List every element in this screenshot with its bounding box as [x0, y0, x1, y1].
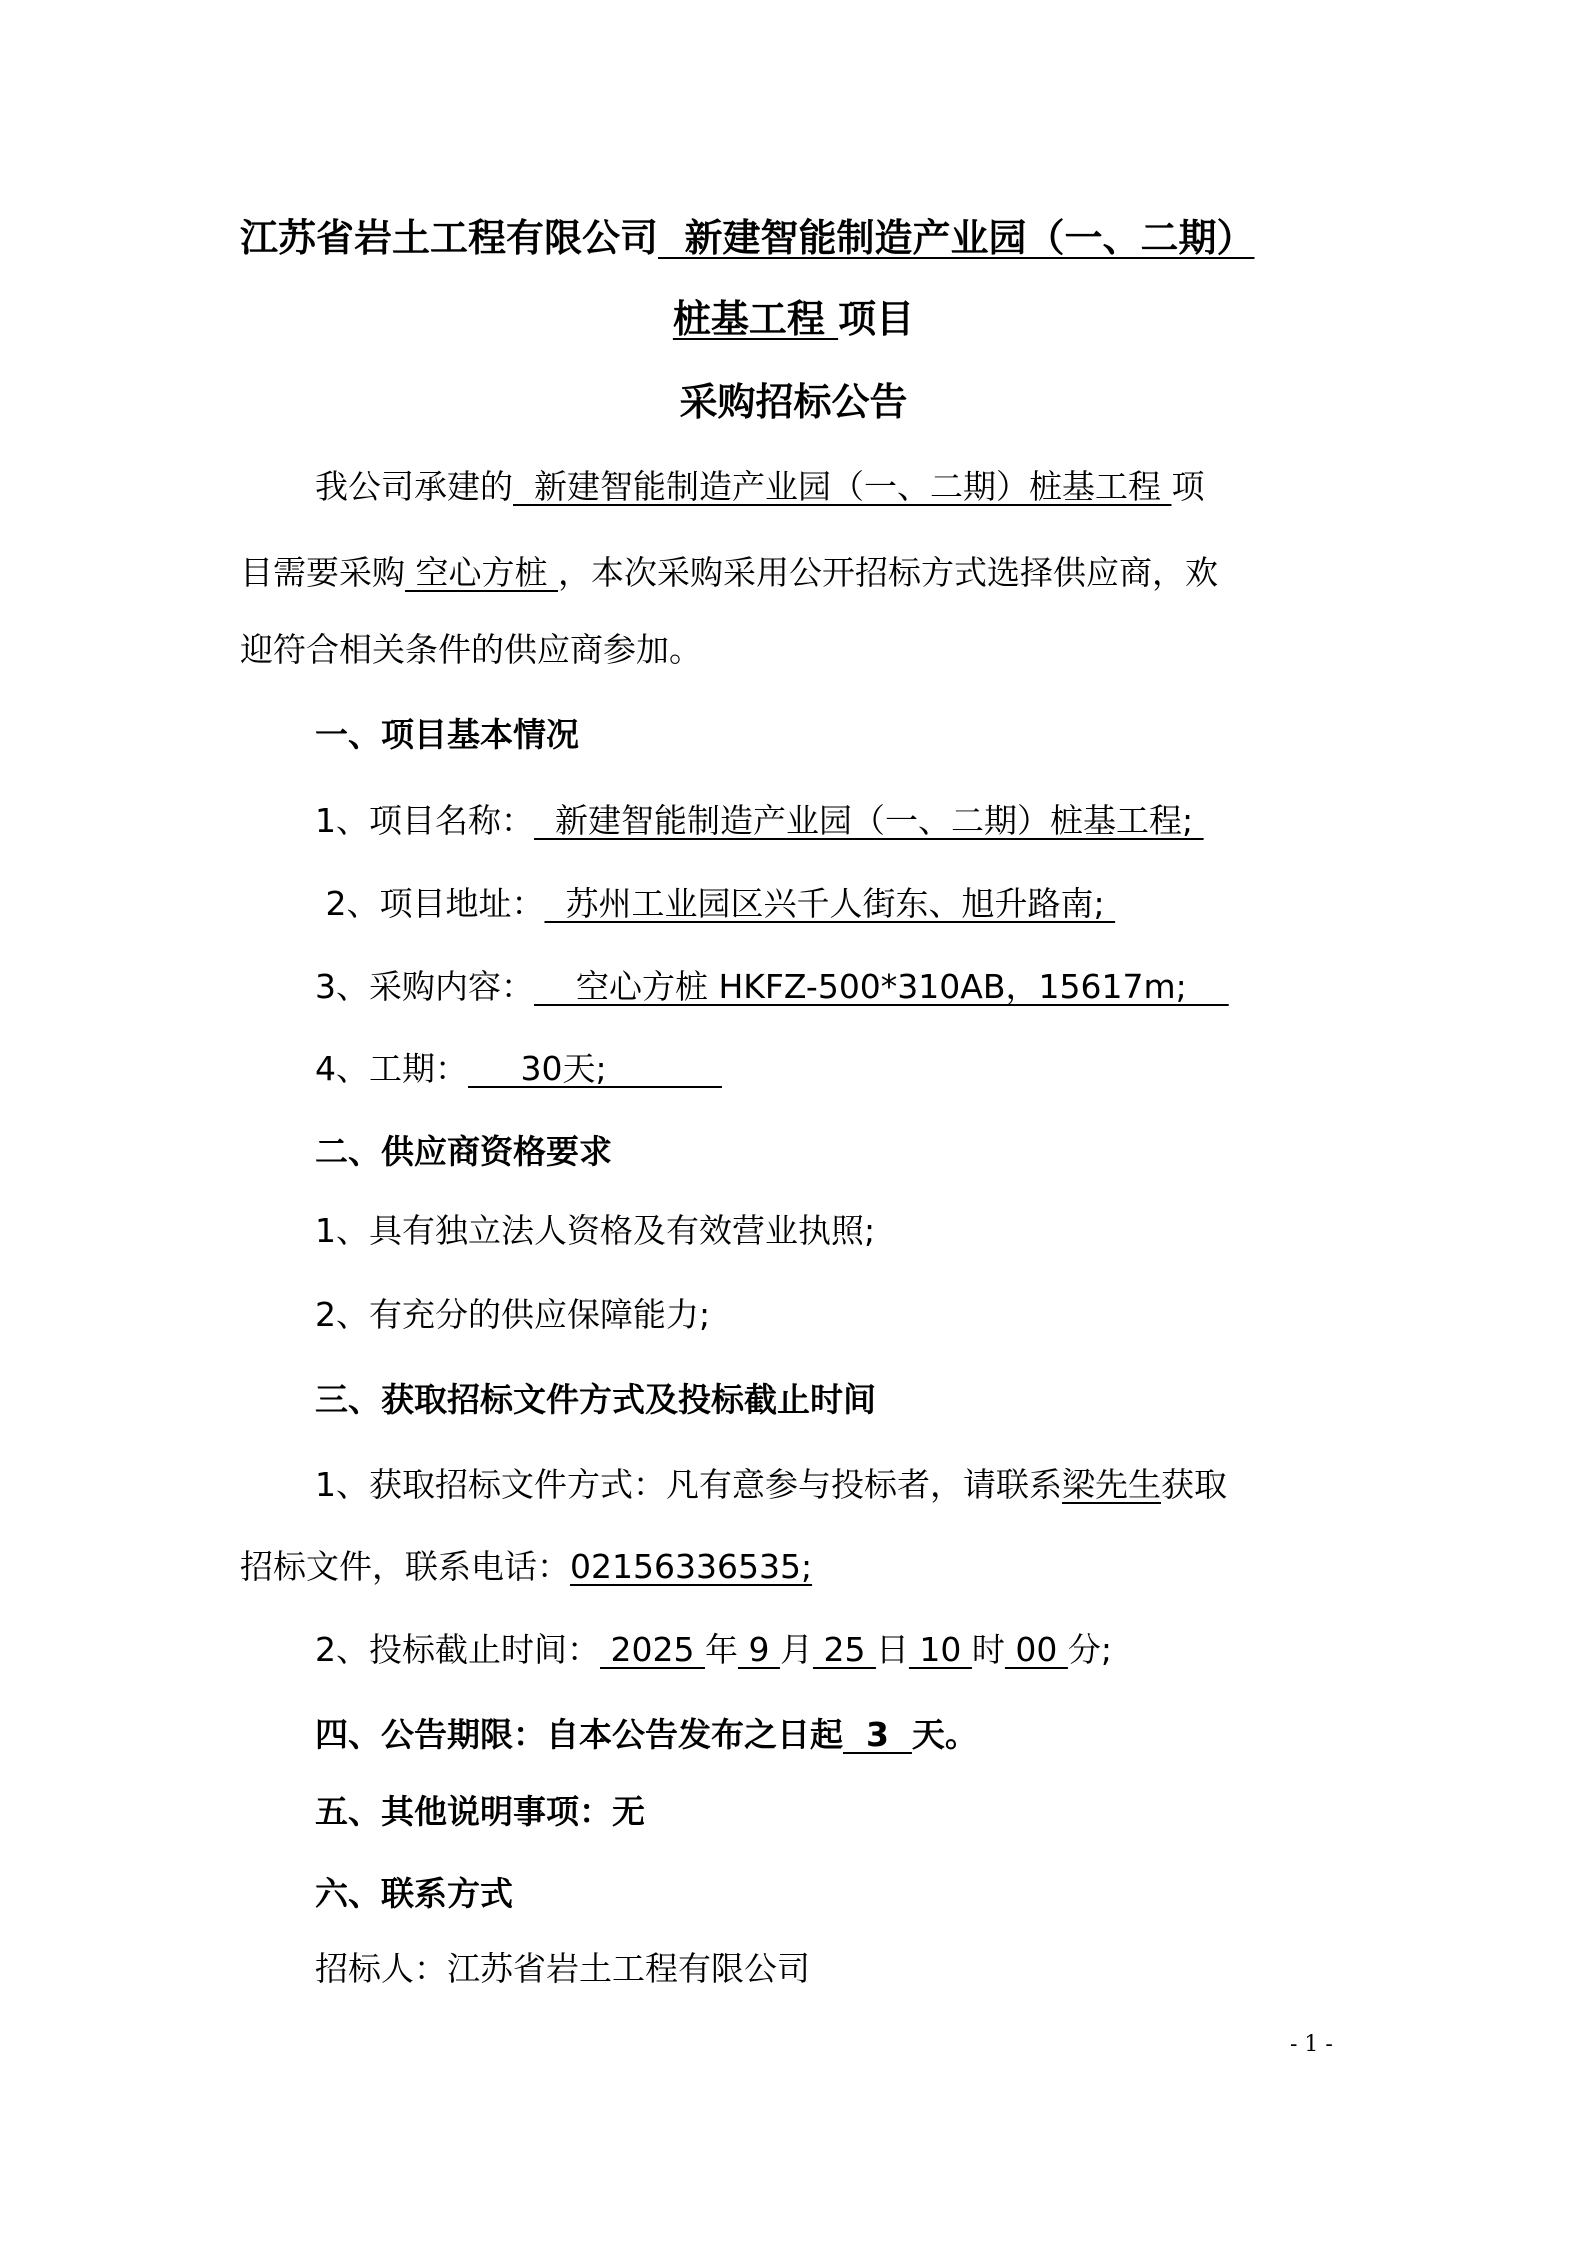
- phone-number: 02156336535;: [570, 1547, 812, 1586]
- deadline-label: 2、投标截止时间：: [315, 1630, 600, 1669]
- item1-suffix: 获取: [1161, 1465, 1227, 1504]
- section1-item-3: 3、采购内容： 空心方桩 HKFZ-500*310AB，15617m;: [315, 967, 1229, 1007]
- intro-line-3: 迎符合相关条件的供应商参加。: [240, 630, 702, 670]
- section1-heading: 一、项目基本情况: [315, 715, 579, 755]
- unit: 分;: [1068, 1630, 1112, 1669]
- unit: 月: [780, 1630, 813, 1669]
- unit: 时: [972, 1630, 1005, 1669]
- item-value: 新建智能制造产业园（一、二期）桩基工程;: [534, 801, 1204, 840]
- title-company: 江苏省岩土工程有限公司: [240, 216, 658, 260]
- section3-heading: 三、获取招标文件方式及投标截止时间: [315, 1380, 876, 1420]
- intro-line2-suffix: ，本次采购采用公开招标方式选择供应商，欢: [558, 553, 1218, 592]
- section4-prefix: 四、公告期限：自本公告发布之日起: [315, 1715, 843, 1754]
- deadline-day: 25: [813, 1630, 876, 1669]
- tenderer: 招标人：江苏省岩土工程有限公司: [315, 1949, 810, 1989]
- title-project-part1: 新建智能制造产业园（一、二期）: [658, 216, 1254, 260]
- section1-item-4: 4、工期： 30天;: [315, 1049, 722, 1089]
- intro-item: 空心方桩: [405, 553, 558, 592]
- intro-line-2: 目需要采购 空心方桩 ，本次采购采用公开招标方式选择供应商，欢: [240, 553, 1218, 593]
- unit: 年: [705, 1630, 738, 1669]
- deadline-year: 2025: [600, 1630, 705, 1669]
- item-label: 1、项目名称：: [315, 801, 534, 840]
- title-project-part2: 桩基工程: [673, 297, 838, 341]
- section6-heading: 六、联系方式: [315, 1874, 513, 1914]
- section1-item-2: 2、项目地址： 苏州工业园区兴千人街东、旭升路南;: [315, 884, 1115, 924]
- intro-line2-prefix: 目需要采购: [240, 553, 405, 592]
- intro-prefix: 我公司承建的: [315, 467, 513, 506]
- item-label: 3、采购内容：: [315, 967, 534, 1006]
- section3-item-1-line-2: 招标文件，联系电话：02156336535;: [240, 1547, 812, 1587]
- section2-item-1: 1、具有独立法人资格及有效营业执照;: [315, 1211, 875, 1251]
- phone-label: 招标文件，联系电话：: [240, 1547, 570, 1586]
- item-label: 4、工期：: [315, 1049, 468, 1088]
- page-number: - 1 -: [1290, 2032, 1333, 2057]
- title-suffix: 项目: [838, 297, 914, 341]
- item1-prefix: 1、获取招标文件方式：凡有意参与投标者，请联系: [315, 1465, 1062, 1504]
- intro-suffix: 项: [1171, 467, 1204, 506]
- section2-heading: 二、供应商资格要求: [315, 1132, 612, 1172]
- intro-line-1: 我公司承建的 新建智能制造产业园（一、二期）桩基工程 项: [315, 467, 1204, 507]
- notice-days: 3: [843, 1715, 912, 1754]
- section4-suffix: 天。: [912, 1715, 978, 1754]
- section1-item-1: 1、项目名称： 新建智能制造产业园（一、二期）桩基工程;: [315, 801, 1204, 841]
- item-value: 30天;: [468, 1049, 722, 1088]
- title-line-2: 桩基工程 项目: [0, 296, 1587, 342]
- subtitle: 采购招标公告: [0, 379, 1587, 425]
- item-value: 苏州工业园区兴千人街东、旭升路南;: [545, 884, 1116, 923]
- deadline-month: 9: [738, 1630, 780, 1669]
- section2-item-2: 2、有充分的供应保障能力;: [315, 1295, 710, 1335]
- item-label: 2、项目地址：: [315, 884, 545, 923]
- section5-heading: 五、其他说明事项：无: [315, 1792, 645, 1832]
- deadline-minute: 00: [1005, 1630, 1068, 1669]
- section3-item-1: 1、获取招标文件方式：凡有意参与投标者，请联系梁先生获取: [315, 1465, 1227, 1505]
- deadline-hour: 10: [909, 1630, 972, 1669]
- title-line-1: 江苏省岩土工程有限公司 新建智能制造产业园（一、二期）: [240, 215, 1332, 261]
- unit: 日: [876, 1630, 909, 1669]
- intro-project: 新建智能制造产业园（一、二期）桩基工程: [513, 467, 1171, 506]
- section3-item-2: 2、投标截止时间： 2025 年 9 月 25 日 10 时 00 分;: [315, 1630, 1112, 1670]
- contact-person: 梁先生: [1062, 1465, 1161, 1504]
- item-value: 空心方桩 HKFZ-500*310AB，15617m;: [534, 967, 1229, 1006]
- section4: 四、公告期限：自本公告发布之日起 3 天。: [315, 1715, 978, 1755]
